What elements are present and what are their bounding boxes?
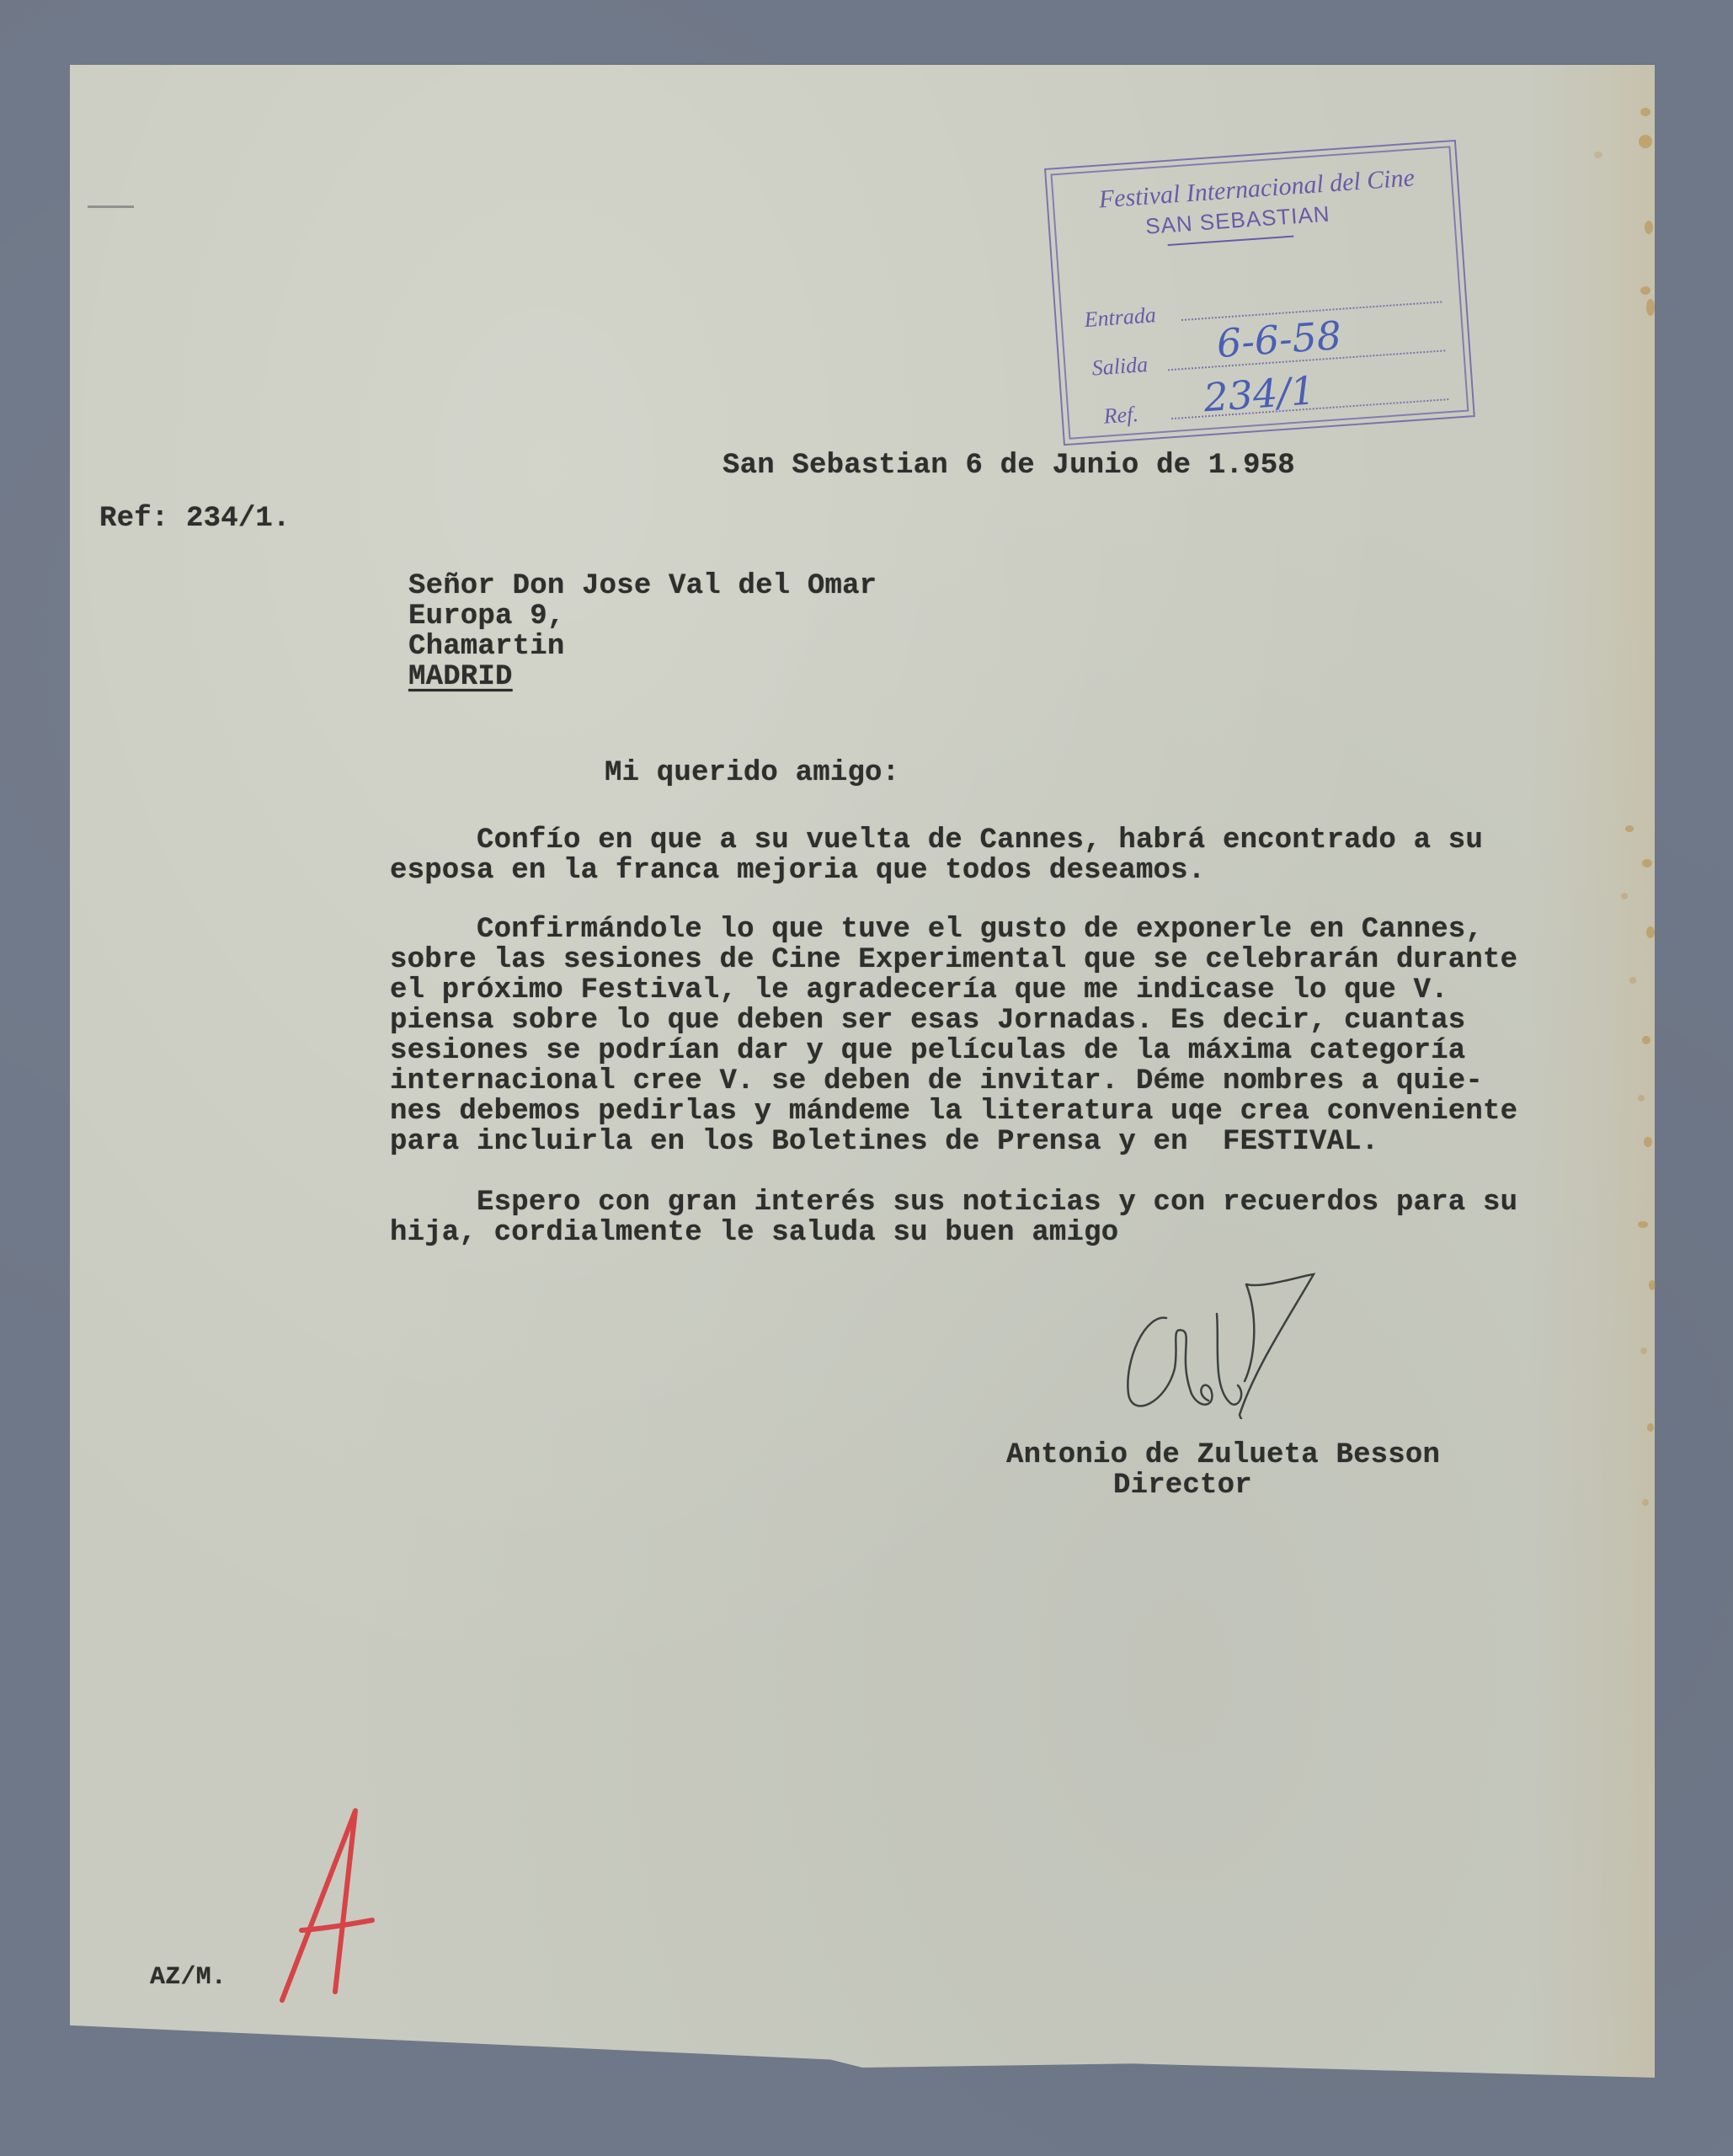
red-pencil-letter-a — [278, 1802, 379, 2013]
body-line: nes debemos pedirlas y mándeme la litera… — [390, 1097, 1517, 1127]
body-line: internacional cree V. se deben de invita… — [390, 1066, 1483, 1097]
body-line: piensa sobre lo que deben ser esas Jorna… — [390, 1006, 1465, 1036]
body-line: Confío en que a su vuelta de Cannes, hab… — [390, 825, 1483, 856]
signatory-name: Antonio de Zulueta Besson — [1006, 1440, 1440, 1470]
stamp-handwritten-date: 6-6-58 — [1215, 312, 1343, 366]
reference-number: Ref: 234/1. — [99, 504, 291, 534]
body-line: Confirmándole lo que tuve el gusto de ex… — [390, 915, 1483, 945]
pencil-dash-mark — [88, 205, 134, 208]
recipient-name: Señor Don Jose Val del Omar — [408, 571, 877, 601]
body-line: el próximo Festival, le agradecería que … — [390, 975, 1448, 1006]
handwritten-signature — [1120, 1267, 1322, 1419]
stamp-ref-label: Ref. — [1103, 402, 1139, 430]
body-line: sobre las sesiones de Cine Experimental … — [390, 945, 1517, 975]
body-line: hija, cordialmente le saluda su buen ami… — [390, 1218, 1118, 1248]
body-line: esposa en la franca mejoria que todos de… — [390, 856, 1205, 886]
recipient-street: Europa 9, — [408, 601, 564, 632]
recipient-district: Chamartin — [408, 632, 564, 662]
typist-initials: AZ/M. — [150, 1962, 227, 1993]
recipient-city: MADRID — [408, 662, 513, 692]
stamp-handwritten-ref: 234/1 — [1202, 367, 1317, 420]
body-line: para incluirla en los Boletines de Prens… — [390, 1127, 1378, 1157]
salutation: Mi querido amigo: — [605, 758, 899, 788]
signatory-title: Director — [1113, 1470, 1252, 1501]
body-line: Espero con gran interés sus noticias y c… — [390, 1187, 1517, 1218]
body-line: sesiones se podrían dar y que películas … — [390, 1036, 1465, 1066]
place-and-date: San Sebastian 6 de Junio de 1.958 — [723, 451, 1295, 481]
stamp-salida-label: Salida — [1091, 352, 1149, 382]
stamp-entrada-label: Entrada — [1084, 302, 1157, 333]
reception-stamp: Festival Internacional del Cine SAN SEBA… — [1044, 140, 1475, 446]
